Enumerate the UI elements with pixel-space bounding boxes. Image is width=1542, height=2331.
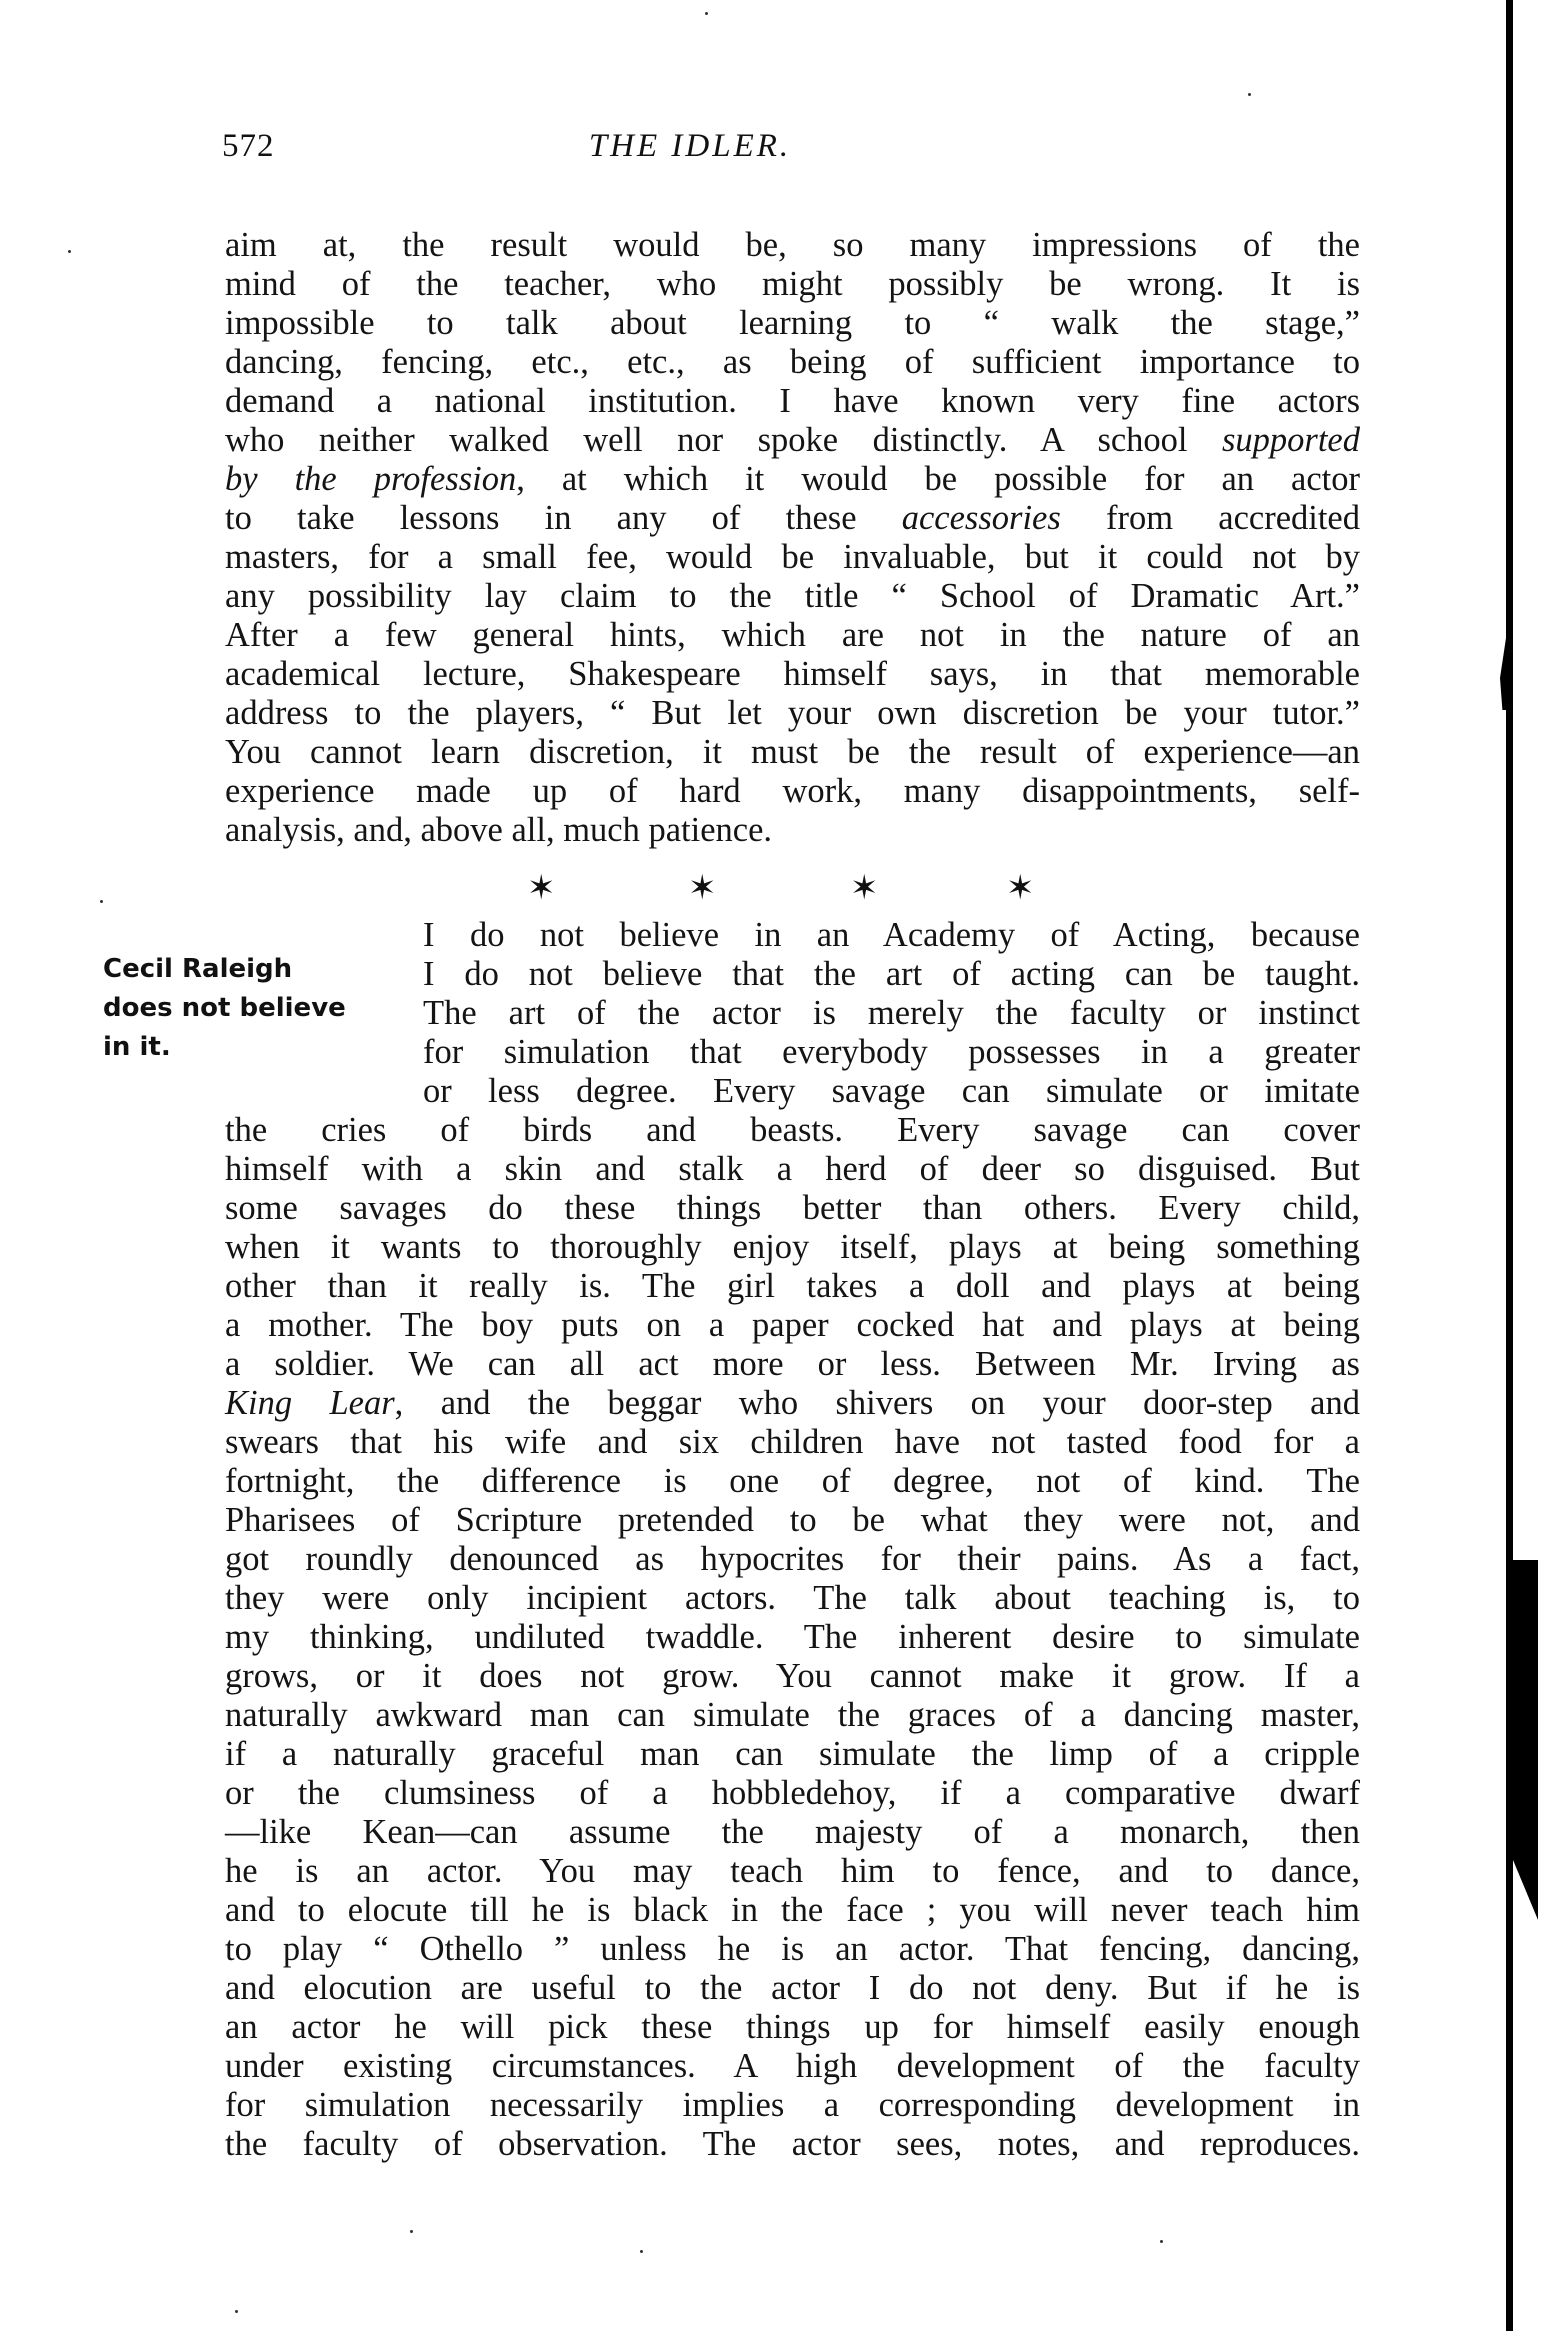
scan-speck — [100, 900, 103, 903]
text-line: some savages do these things better than… — [225, 1189, 1360, 1228]
text-line: to take lessons in any of these accessor… — [225, 499, 1360, 538]
text-span: who neither walked well nor spoke distin… — [225, 421, 1222, 459]
text-line: Pharisees of Scripture pretended to be w… — [225, 1501, 1360, 1540]
text-span: , at which it would be possible for an a… — [516, 460, 1360, 498]
text-line: a soldier. We can all act more or less. … — [225, 1345, 1360, 1384]
text-line: the faculty of observation. The actor se… — [225, 2125, 1360, 2164]
text-line: a mother. The boy puts on a paper cocked… — [225, 1306, 1360, 1345]
text-line: and to elocute till he is black in the f… — [225, 1891, 1360, 1930]
text-line: to play “ Othello ” unless he is an acto… — [225, 1930, 1360, 1969]
scan-speck — [1248, 93, 1251, 96]
text-line: naturally awkward man can simulate the g… — [225, 1696, 1360, 1735]
text-line: —like Kean—can assume the majesty of a m… — [225, 1813, 1360, 1852]
text-line: for simulation that everybody possesses … — [423, 1033, 1360, 1072]
text-line: he is an actor. You may teach him to fen… — [225, 1852, 1360, 1891]
scan-speck — [68, 250, 71, 253]
text-line: mind of the teacher, who might possibly … — [225, 265, 1360, 304]
text-line: address to the players, “ But let your o… — [225, 694, 1360, 733]
text-line: the cries of birds and beasts. Every sav… — [225, 1111, 1360, 1150]
binding-edge — [1506, 0, 1513, 2331]
text-line: an actor he will pick these things up fo… — [225, 2008, 1360, 2047]
asterism-star-icon: ✶ — [850, 868, 879, 908]
text-line: my thinking, undiluted twaddle. The inhe… — [225, 1618, 1360, 1657]
asterism-star-icon: ✶ — [527, 868, 556, 908]
italic-span: accessories — [902, 499, 1061, 537]
margin-note-line: in it. — [103, 1028, 171, 1066]
text-line: I do not believe in an Academy of Acting… — [423, 916, 1360, 955]
text-line: impossible to talk about learning to “ w… — [225, 304, 1360, 343]
text-line: experience made up of hard work, many di… — [225, 772, 1360, 811]
text-line: any possibility lay claim to the title “… — [225, 577, 1360, 616]
scan-speck — [705, 12, 708, 15]
text-line: After a few general hints, which are not… — [225, 616, 1360, 655]
text-line: I do not believe that the art of acting … — [423, 955, 1360, 994]
text-line: masters, for a small fee, would be inval… — [225, 538, 1360, 577]
text-line: You cannot learn discretion, it must be … — [225, 733, 1360, 772]
text-line: swears that his wife and six children ha… — [225, 1423, 1360, 1462]
text-line: dancing, fencing, etc., etc., as being o… — [225, 343, 1360, 382]
text-line: if a naturally graceful man can simulate… — [225, 1735, 1360, 1774]
text-span: from accredited — [1061, 499, 1360, 537]
text-line: other than it really is. The girl takes … — [225, 1267, 1360, 1306]
text-line: fortnight, the difference is one of degr… — [225, 1462, 1360, 1501]
italic-span: King Lear — [225, 1384, 395, 1422]
text-span: to take lessons in any of these — [225, 499, 902, 537]
scan-speck — [1160, 2240, 1163, 2243]
text-line: and elocution are useful to the actor I … — [225, 1969, 1360, 2008]
text-line: The art of the actor is merely the facul… — [423, 994, 1360, 1033]
text-line: or the clumsiness of a hobbledehoy, if a… — [225, 1774, 1360, 1813]
asterism-star-icon: ✶ — [688, 868, 717, 908]
scan-speck — [640, 2250, 643, 2253]
text-line: King Lear, and the beggar who shivers on… — [225, 1384, 1360, 1423]
text-line: himself with a skin and stalk a herd of … — [225, 1150, 1360, 1189]
text-line: for simulation necessarily implies a cor… — [225, 2086, 1360, 2125]
scan-speck — [235, 2310, 238, 2313]
binding-notch — [1500, 630, 1512, 710]
italic-span: by the profession — [225, 460, 516, 498]
margin-note-line: Cecil Raleigh — [103, 950, 292, 988]
text-line: by the profession, at which it would be … — [225, 460, 1360, 499]
text-line: academical lecture, Shakespeare himself … — [225, 655, 1360, 694]
text-line: who neither walked well nor spoke distin… — [225, 421, 1360, 460]
text-line: got roundly denounced as hypocrites for … — [225, 1540, 1360, 1579]
italic-span: supported — [1222, 421, 1360, 459]
text-line: when it wants to thoroughly enjoy itself… — [225, 1228, 1360, 1267]
text-line: under existing circumstances. A high dev… — [225, 2047, 1360, 2086]
running-title: THE IDLER. — [0, 128, 1380, 165]
asterism-star-icon: ✶ — [1006, 868, 1035, 908]
text-line: aim at, the result would be, so many imp… — [225, 226, 1360, 265]
text-line: they were only incipient actors. The tal… — [225, 1579, 1360, 1618]
text-line: analysis, and, above all, much patience. — [225, 811, 1360, 850]
scan-speck — [410, 2230, 413, 2233]
text-line: grows, or it does not grow. You cannot m… — [225, 1657, 1360, 1696]
text-span: , and the beggar who shivers on your doo… — [395, 1384, 1360, 1422]
margin-note-line: does not believe — [103, 989, 346, 1027]
text-line: or less degree. Every savage can simulat… — [423, 1072, 1360, 1111]
scanned-page: 572 THE IDLER. aim at, the result would … — [0, 0, 1542, 2331]
text-line: demand a national institution. I have kn… — [225, 382, 1360, 421]
